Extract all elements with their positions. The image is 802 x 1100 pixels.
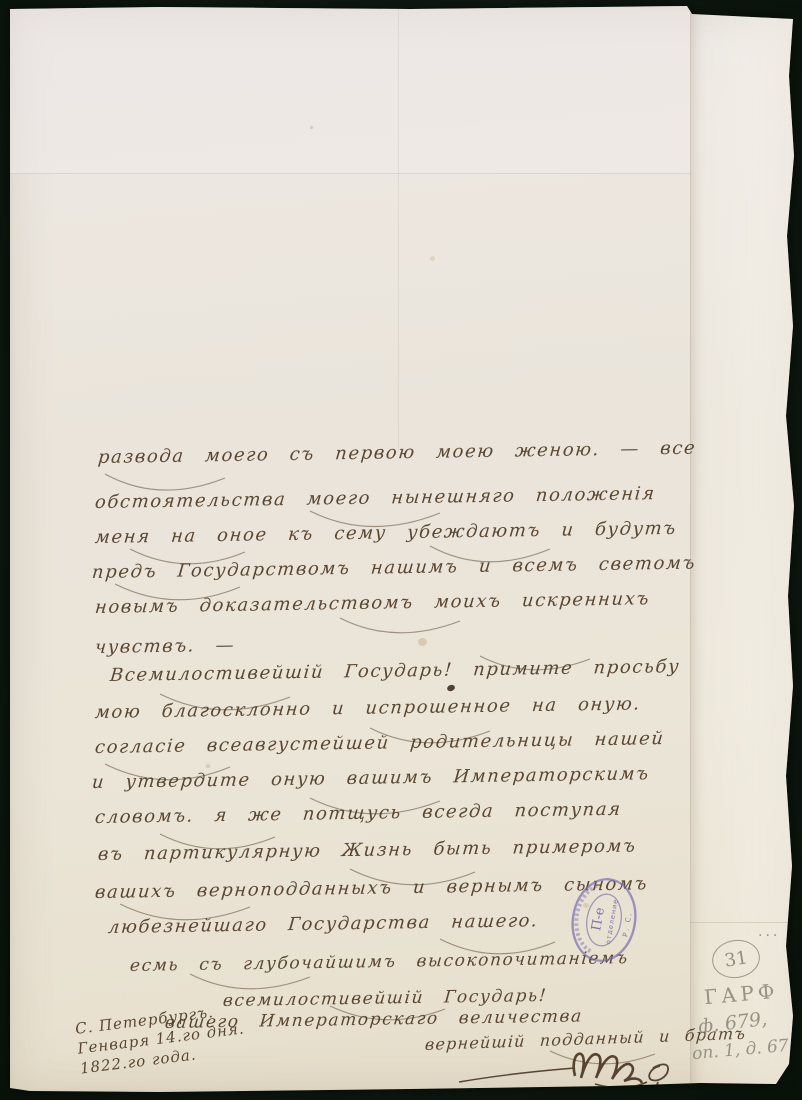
photo-stage: развода моего съ первою моею женою. — вс… <box>0 0 802 1100</box>
letter-paper: развода моего съ первою моею женою. — вс… <box>10 6 794 1092</box>
letter-line: новымъ доказательствомъ моихъ искреннихъ <box>94 588 651 618</box>
stamp-inner-text: отделение <box>604 898 620 945</box>
signature-flourish <box>455 1038 705 1094</box>
center-crease <box>398 6 399 451</box>
foxing-spot <box>418 638 427 646</box>
foxing-spot <box>310 126 313 129</box>
right-leaf-crease <box>690 922 794 923</box>
letter-line: Всемилостивейшій Государь! примите прось… <box>109 656 681 686</box>
letter-line: развода моего съ первою моею женою. — вс… <box>97 438 697 468</box>
letter-line: словомъ. я же потщусь всегда поступая <box>94 799 623 828</box>
letter-line: меня на оное къ сему убеждаютъ и будутъ <box>94 518 678 548</box>
letter-sheet-wrap: развода моего съ первою моею женою. — вс… <box>0 0 802 1100</box>
pencil-dots: ... <box>758 924 780 940</box>
letter-line: обстоятельства моего нынешняго положенія <box>94 483 657 513</box>
letter-line: мою благосклонно и испрошенное на оную. <box>94 693 642 723</box>
foxing-spot <box>430 256 435 261</box>
letter-line: согласіе всеавгустейшей родительницы наш… <box>94 728 665 758</box>
dateline-block: С. Петербургъ. Генваря 14.го дня. 1822.г… <box>74 999 248 1079</box>
foxing-spot <box>583 903 589 908</box>
stamp-center-text: П-е <box>589 906 608 932</box>
foxing-spot <box>206 764 210 768</box>
letter-line: чувствъ. — <box>94 635 236 658</box>
sheet-number-text: 31 <box>723 947 749 971</box>
archive-stamp: П-е отделение Р. С. <box>555 872 653 968</box>
letter-line: и утвердите оную вашимъ Императорскимъ <box>91 763 651 793</box>
letter-line: любезнейшаго Государства нашего. <box>107 910 539 938</box>
ink-blot <box>446 684 456 692</box>
letter-line: предъ Государствомъ нашимъ и всемъ свето… <box>91 552 697 583</box>
top-fold-crease <box>10 6 691 174</box>
letter-line: въ партикулярную Жизнь быть примеромъ <box>97 836 637 865</box>
